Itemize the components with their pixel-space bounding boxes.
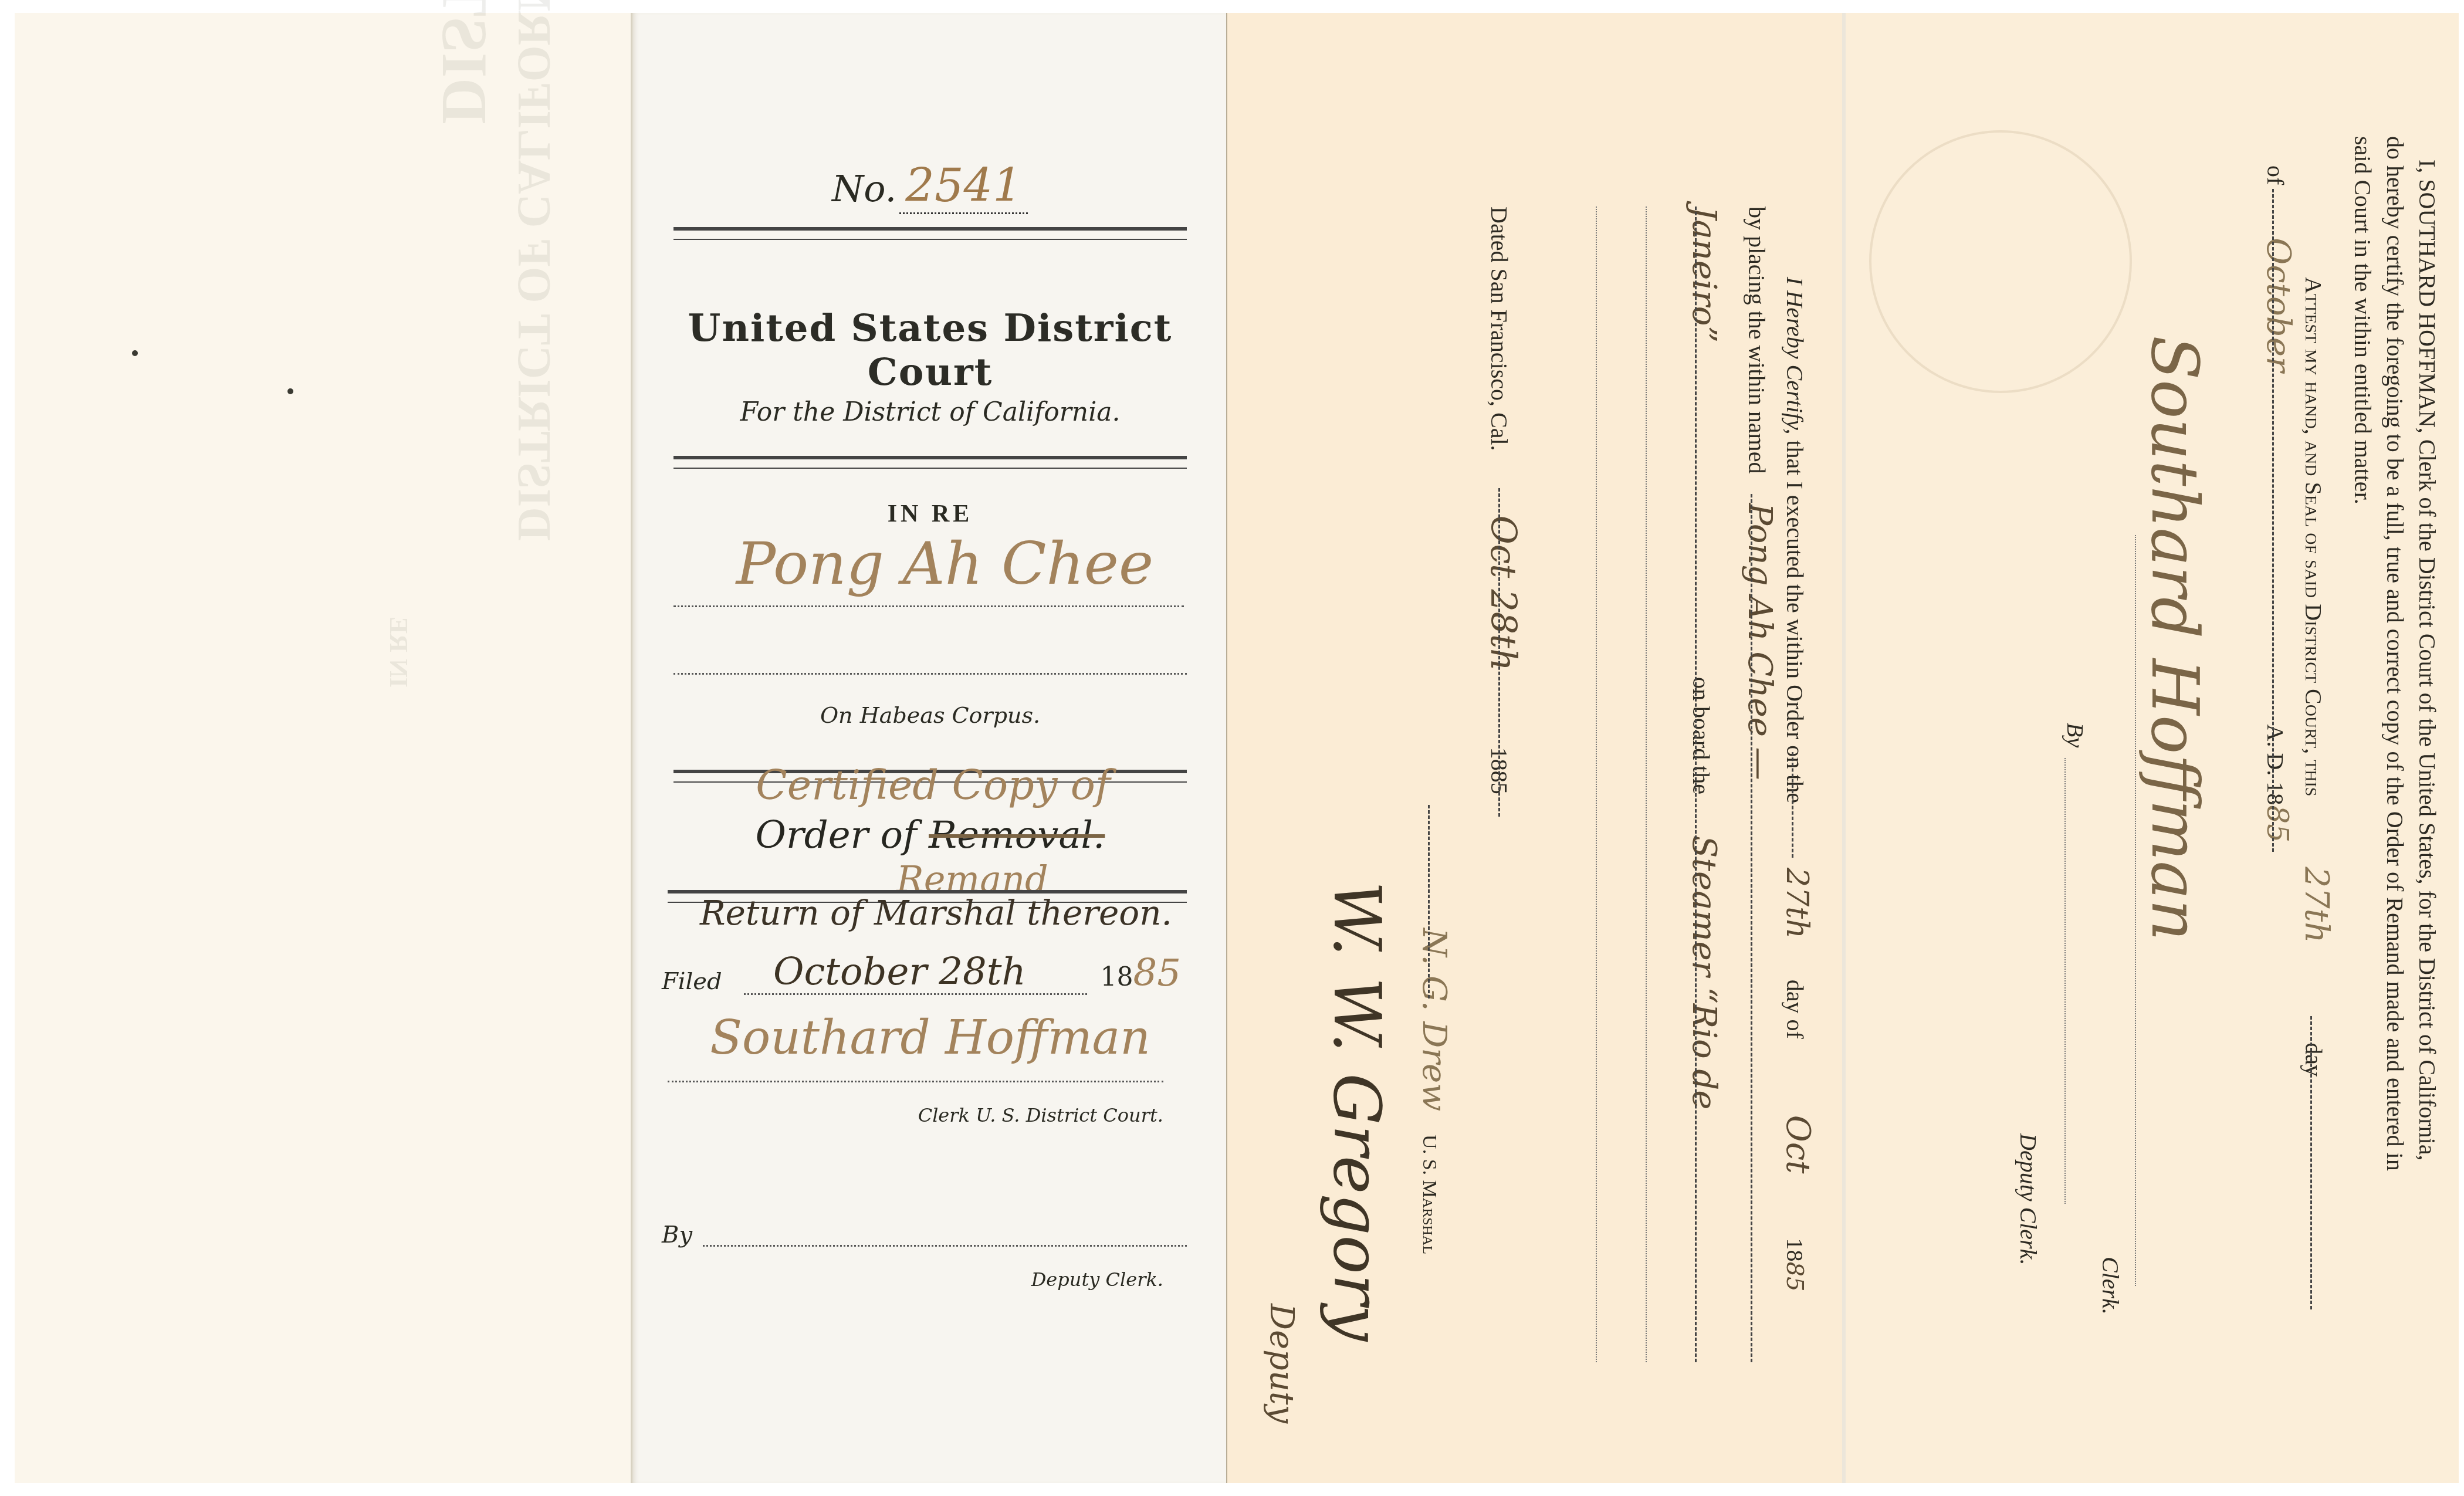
named-dash-line <box>1751 494 1752 1362</box>
attest-day-line <box>2310 1016 2312 1309</box>
month-value: October <box>2259 238 2297 372</box>
dated-label: Dated San Francisco, Cal. <box>1486 207 1512 451</box>
certify-text: that I executed the within Order on the <box>1782 440 1808 803</box>
clerk-sig-line: Southard Hoffman <box>2137 336 2212 941</box>
ink-speck <box>287 388 293 394</box>
dated-dash-line <box>1498 488 1500 817</box>
certificate-rotated: I, SOUTHARD HOFFMAN, Clerk of the Distri… <box>1913 160 2441 1362</box>
filed-year: 1885 <box>1101 952 1181 995</box>
filed-label: Filed <box>662 968 722 995</box>
by-label: By <box>662 1221 692 1248</box>
certify-day-line <box>1792 752 1793 858</box>
cert-line-2: do hereby certify the foregoing to be a … <box>2381 136 2409 1171</box>
month-dash-line <box>2272 189 2274 852</box>
by-label: By <box>2062 723 2089 747</box>
named-line: by placing the within named Pong Ah Chee… <box>1741 207 1779 780</box>
marshal-dash-line <box>1428 805 1430 999</box>
deputy-signature: W. W. Gregory <box>1319 881 1395 1341</box>
marshal-sig-line: N. G. Drew U. S. Marshal <box>1415 928 1453 1254</box>
cert-line-1: I, SOUTHARD HOFFMAN, Clerk of the Distri… <box>2414 160 2441 1160</box>
placing-text: by placing the within named <box>1744 207 1770 473</box>
certify-prefix: I Hereby Certify, <box>1782 277 1808 434</box>
district-subtitle: For the District of California. <box>632 397 1228 427</box>
day-label: day <box>2300 1043 2327 1077</box>
deputy-label: Deputy <box>1263 1304 1301 1423</box>
clerk-label: Clerk U. S. District Court. <box>918 1104 1163 1126</box>
clerk-certificate-panel: I, SOUTHARD HOFFMAN, Clerk of the Distri… <box>1842 13 2459 1483</box>
clerk-sig-line-rule <box>2135 535 2136 1286</box>
marshal-signature: N. G. Drew <box>1415 928 1453 1111</box>
year-prefix: 18 <box>1101 962 1133 992</box>
clerk-label: Clerk. <box>2097 1257 2124 1315</box>
ghost-text: DISTRICT OF CALIFORNIA <box>507 0 560 541</box>
document-title: Order of Removal. <box>632 814 1228 857</box>
dated-value: Oct 28th <box>1483 516 1524 671</box>
petitioner-line-2 <box>673 673 1187 675</box>
signature-line <box>668 1081 1163 1082</box>
ink-speck <box>132 350 138 356</box>
vessel-dash-line <box>1695 207 1697 1362</box>
day-value: 27th <box>1779 868 1815 939</box>
year-prefix: 18 <box>1782 1238 1808 1262</box>
deputy-sig: W. W. Gregory <box>1319 881 1395 1341</box>
ghost-text: DISTRICT COURT OF THE UNITED STATES <box>427 0 502 124</box>
clerk-label-text: Clerk. <box>2097 1257 2124 1315</box>
by-line <box>703 1245 1187 1247</box>
handwritten-certified: Certified Copy of <box>673 761 1193 809</box>
cover-panel: No. 2541 United States District Court Fo… <box>631 13 1228 1483</box>
vessel-continued: Janeiro” <box>1685 207 1723 343</box>
back-panel: DISTRICT COURT OF THE UNITED STATES DIST… <box>15 13 631 1483</box>
by-line: By <box>2062 723 2089 747</box>
on-board-label: on board the <box>1688 677 1714 794</box>
number-value: 2541 <box>899 160 1028 214</box>
petitioner-line <box>673 605 1184 607</box>
named-value: Pong Ah Chee — <box>1741 503 1779 780</box>
deputy-label-text: Deputy <box>1263 1304 1301 1423</box>
marshal-return-rotated: I Hereby Certify, that I executed the wi… <box>1254 207 1817 1380</box>
proceeding-type: On Habeas Corpus. <box>632 702 1228 728</box>
blank-line <box>1646 207 1647 1362</box>
vessel-value: Steamer “Rio de <box>1685 835 1723 1109</box>
clerk-signature: Southard Hoffman <box>2137 336 2212 941</box>
attest-day: 27th <box>2297 867 2336 943</box>
docket-number: No. 2541 <box>832 160 1078 212</box>
by-dotline <box>2064 758 2066 1204</box>
by-row: By <box>662 1221 1187 1248</box>
month-value: Oct <box>1779 1115 1817 1174</box>
ad-label: A. D. 18 <box>2262 725 2289 805</box>
month-line: of October A. D. 1885 <box>2259 165 2297 842</box>
attest-text: Attest my hand, and Seal of said Distric… <box>2300 277 2327 796</box>
vessel-line: Janeiro” on board the Steamer “Rio de <box>1685 207 1723 1109</box>
deputy-clerk-label: Deputy Clerk. <box>1031 1268 1163 1291</box>
filed-date: October 28th <box>773 950 1026 994</box>
cert-line-3: said Court in the within entitled matter… <box>2349 136 2377 505</box>
day-of-label: day of <box>1782 980 1808 1039</box>
title-prefix: Order of <box>756 814 917 857</box>
court-title: United States District Court <box>632 306 1228 394</box>
filed-row: Filed October 28th 1885 <box>662 946 1204 999</box>
in-re-label: IN RE <box>632 500 1228 528</box>
title-struck: Removal. <box>929 814 1105 857</box>
clerk-signature: Southard Hoffman <box>668 1010 1193 1065</box>
certify-line: I Hereby Certify, that I executed the wi… <box>1779 277 1817 1291</box>
attest-line: Attest my hand, and Seal of said Distric… <box>2297 277 2336 1077</box>
dated-line: Dated San Francisco, Cal. Oct 28th 1885 <box>1483 207 1524 794</box>
handwritten-return: Return of Marshal thereon. <box>679 893 1193 933</box>
marshal-return-panel: I Hereby Certify, that I executed the wi… <box>1226 13 1843 1483</box>
year-suffix: 85 <box>1781 1262 1808 1292</box>
blank-line <box>1596 207 1597 1362</box>
divider <box>673 227 1187 240</box>
year-suffix: 85 <box>2260 805 2294 842</box>
petitioner-name: Pong Ah Chee <box>697 529 1193 598</box>
number-label: No. <box>832 167 896 210</box>
deputy-clerk-label: Deputy Clerk. <box>2015 1133 2042 1265</box>
of-label: of <box>2262 165 2289 185</box>
ghost-text: IN RE <box>384 617 414 688</box>
year-suffix: 85 <box>1133 952 1181 995</box>
deputy-clerk: Deputy Clerk. <box>2015 1133 2042 1265</box>
marshal-label: U. S. Marshal <box>1419 1135 1440 1254</box>
divider <box>673 456 1187 469</box>
